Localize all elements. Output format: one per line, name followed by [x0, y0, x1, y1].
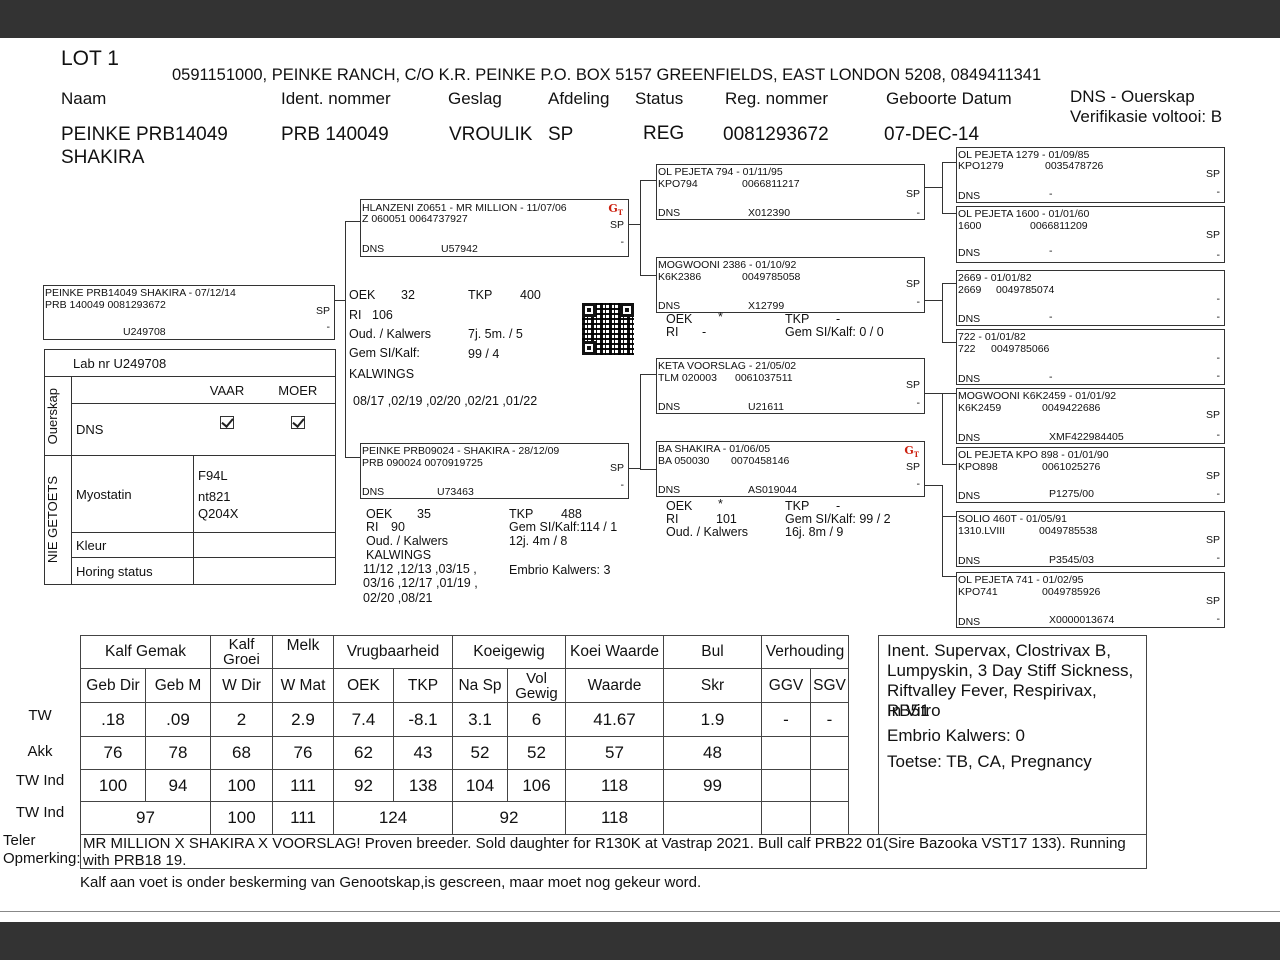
col-na-sp: Na Sp [453, 669, 508, 703]
connector [942, 485, 943, 577]
sire-dns-label: DNS [362, 243, 384, 255]
connector [924, 300, 942, 301]
lab-nr: Lab nr U249708 [45, 350, 336, 377]
nie-getoets-label: NIE GETOETS [45, 476, 60, 563]
connector [628, 224, 640, 225]
ggp-dns: X0000013674 [1049, 614, 1114, 626]
label-verifikasie: Verifikasie voltooi: B [1070, 107, 1222, 127]
ggp-id: 1310.LVIII [958, 525, 1005, 537]
dam-oek-label: OEK [366, 507, 392, 521]
group-kalf-gemak: Kalf Gemak [81, 636, 211, 669]
col-moer: MOER [261, 377, 336, 404]
label-afdeling: Afdeling [548, 89, 609, 109]
ggp-dash: - [1217, 552, 1221, 564]
sire-kalwings: 08/17 ,02/19 ,02/20 ,02/21 ,01/22 [353, 394, 537, 408]
pgd-oek: * [718, 310, 723, 324]
dam-kalwings-label: KALWINGS [366, 548, 431, 562]
great-grandparent-box[interactable]: SOLIO 460T - 01/05/91 1310.LVIII 0049785… [956, 511, 1225, 567]
table-row-tw-ind-group: 97 100 111 124 92 118 [81, 802, 849, 835]
connector [942, 576, 956, 577]
ggp-id: K6K2459 [958, 402, 1001, 414]
gp-title: BA SHAKIRA - 01/06/05 [658, 443, 770, 455]
animal-dash: - [327, 321, 331, 333]
ggp-afdeling: - [1217, 293, 1221, 305]
connector [640, 374, 641, 470]
gp-afdeling: SP [906, 461, 920, 473]
ebv-table: Kalf Gemak Kalf Groei Melk Vrugbaarheid … [80, 635, 849, 835]
row-label-tw-ind: TW Ind [0, 772, 80, 789]
gp-dns: U21611 [748, 401, 784, 413]
ggp-dns: - [1049, 245, 1053, 257]
col-waarde: Waarde [566, 669, 664, 703]
gp-id: TLM 020003 [658, 372, 717, 384]
connector [924, 485, 942, 486]
dns-label: DNS [72, 404, 194, 456]
ggp-dash: - [1217, 186, 1221, 198]
dam-ri: 90 [391, 520, 405, 534]
gp-id: K6K2386 [658, 271, 701, 283]
ggp-dns: XMF422984405 [1049, 431, 1124, 443]
kleur-label: Kleur [72, 533, 194, 558]
great-grandparent-box[interactable]: OL PEJETA 741 - 01/02/95 KPO741 00497859… [956, 572, 1225, 628]
connector [640, 374, 657, 375]
ggp-title: 722 - 01/01/82 [958, 331, 1026, 343]
connector [640, 180, 641, 276]
ggp-reg: 0049785074 [996, 284, 1054, 296]
label-geslag: Geslag [448, 89, 502, 109]
pgd-gem: Gem SI/Kalf: 0 / 0 [785, 325, 884, 339]
gp-title: KETA VOORSLAG - 21/05/02 [658, 360, 796, 372]
sire-id-line: Z 060051 0064737927 [362, 213, 468, 225]
footnote: Kalf aan voet is onder beskerming van Ge… [80, 874, 701, 891]
sire-gem-label: Gem SI/Kalf: [349, 346, 420, 360]
connector [942, 283, 943, 343]
sire-dash: - [621, 236, 625, 248]
connector [942, 393, 956, 394]
ouerskap-label: Ouerskap [45, 388, 60, 444]
teler-label: Teler [3, 832, 36, 849]
connector [640, 469, 657, 470]
lot-number: LOT 1 [61, 47, 119, 71]
table-row-tw-ind: 10094100111 92138104106 11899 [81, 770, 849, 802]
animal-box[interactable]: PEINKE PRB14049 SHAKIRA - 07/12/14 PRB 1… [43, 285, 335, 340]
ggp-reg: 0049785066 [991, 343, 1049, 355]
dam-dash: - [621, 479, 625, 491]
animal-id-line: PRB 140049 0081293672 [45, 299, 166, 311]
mgd-oud: 16j. 8m / 9 [785, 525, 843, 539]
ggp-title: OL PEJETA 1600 - 01/01/60 [958, 208, 1089, 220]
ggp-reg: 0049422686 [1042, 402, 1100, 414]
grandparent-box[interactable]: KETA VOORSLAG - 21/05/02 TLM 020003 0061… [656, 358, 925, 414]
notes-panel: Inent. Supervax, Clostrivax B, Lumpyskin… [878, 635, 1147, 835]
mgd-tkp: - [836, 499, 840, 513]
top-bar [0, 0, 1280, 38]
ggp-afdeling: SP [1206, 229, 1220, 241]
gt-logo-icon: GT [608, 202, 623, 217]
table-row-akk: 76786876 62435252 5748 [81, 737, 849, 770]
myostatin-f94l: F94L [198, 465, 331, 486]
sire-oud: 7j. 5m. / 5 [468, 327, 523, 341]
mgd-ri-label: RI [666, 512, 679, 526]
great-grandparent-box[interactable]: MOGWOONI K6K2459 - 01/01/92 K6K2459 0049… [956, 388, 1225, 444]
gp-dash: - [917, 397, 921, 409]
dam-kalwings-2: 03/16 ,12/17 ,01/19 , [363, 576, 478, 590]
connector [345, 221, 346, 458]
great-grandparent-box[interactable]: OL PEJETA 1279 - 01/09/85 KPO1279 003547… [956, 147, 1225, 203]
ggp-id: KPO1279 [958, 160, 1004, 172]
group-kalf-groei: Kalf Groei [211, 636, 273, 669]
mgd-oud-label: Oud. / Kalwers [666, 525, 748, 539]
label-dns-ouerskap: DNS - Ouerskap [1070, 87, 1195, 107]
col-w-dir: W Dir [211, 669, 273, 703]
col-tkp: TKP [394, 669, 453, 703]
dam-id-line: PRB 090024 0070919725 [362, 457, 483, 469]
group-vrugbaarheid: Vrugbaarheid [334, 636, 453, 669]
value-geslag: VROULIK [449, 124, 532, 146]
sire-kalwings-label: KALWINGS [349, 367, 414, 381]
connector [942, 162, 943, 214]
ggp-reg: 0061025276 [1042, 461, 1100, 473]
gp-title: OL PEJETA 794 - 01/11/95 [658, 166, 783, 178]
ggp-dash: - [1217, 429, 1221, 441]
label-reg: Reg. nommer [725, 89, 828, 109]
ggp-dash: - [1217, 488, 1221, 500]
ggp-dash: - [1217, 370, 1221, 382]
gp-dash: - [917, 207, 921, 219]
label-status: Status [635, 89, 683, 109]
ggp-id: 1600 [958, 220, 981, 232]
gp-reg: 0070458146 [731, 455, 789, 467]
ggp-reg: 0049785926 [1042, 586, 1100, 598]
gp-id: KPO794 [658, 178, 698, 190]
connector [942, 162, 956, 163]
dam-oud-label: Oud. / Kalwers [366, 534, 448, 548]
gp-afdeling: SP [906, 379, 920, 391]
dam-afdeling: SP [610, 462, 624, 474]
ggp-title: 2669 - 01/01/82 [958, 272, 1032, 284]
group-verhouding: Verhouding [762, 636, 849, 669]
mgd-oek: * [718, 497, 723, 511]
moer-checkbox[interactable] [291, 416, 305, 429]
sire-dns: U57942 [441, 243, 478, 255]
ggp-dns: P3545/03 [1049, 554, 1094, 566]
great-grandparent-box[interactable]: OL PEJETA 1600 - 01/01/60 1600 006681120… [956, 206, 1225, 263]
col-geb-dir: Geb Dir [81, 669, 146, 703]
great-grandparent-box[interactable]: OL PEJETA KPO 898 - 01/01/90 KPO898 0061… [956, 447, 1225, 503]
col-sgv: SGV [811, 669, 849, 703]
connector [345, 221, 361, 222]
row-label-tw: TW [0, 707, 80, 724]
grandparent-box[interactable]: MOGWOONI 2386 - 01/10/92 K6K2386 0049785… [656, 257, 925, 313]
row-label-tw-ind-group: TW Ind [0, 804, 80, 821]
horing-label: Horing status [72, 558, 194, 585]
animal-dns: U249708 [123, 326, 166, 338]
ggp-dns: - [1049, 371, 1053, 383]
embrio-kalwers: Embrio Kalwers: 0 [887, 726, 1138, 746]
dam-dns-label: DNS [362, 486, 384, 498]
dam-ri-label: RI [366, 520, 379, 534]
ggp-afdeling: SP [1206, 534, 1220, 546]
ggp-reg: 0066811209 [1030, 220, 1088, 232]
vaar-checkbox[interactable] [220, 416, 234, 429]
toetse: Toetse: TB, CA, Pregnancy [887, 752, 1138, 772]
column-header-row: Geb Dir Geb M W Dir W Mat OEK TKP Na Sp … [81, 669, 849, 703]
connector [942, 464, 956, 465]
pgd-oek-label: OEK [666, 312, 692, 326]
col-skr: Skr [664, 669, 762, 703]
animal-title: PEINKE PRB14049 SHAKIRA - 07/12/14 [45, 287, 236, 299]
animal-afdeling: SP [316, 305, 330, 317]
ggp-id: KPO898 [958, 461, 998, 473]
sire-tkp-label: TKP [468, 288, 492, 302]
mgd-tkp-label: TKP [785, 499, 809, 513]
row-label-akk: Akk [0, 743, 80, 760]
col-oek: OEK [334, 669, 394, 703]
dam-tkp: 488 [561, 507, 582, 521]
col-vol-gewig: Vol Gewig [508, 669, 566, 703]
value-status: REG [643, 123, 684, 145]
col-geb-m: Geb M [146, 669, 211, 703]
ggp-title: SOLIO 460T - 01/05/91 [958, 513, 1067, 525]
gp-title: MOGWOONI 2386 - 01/10/92 [658, 259, 796, 271]
gp-dash: - [917, 296, 921, 308]
in-vitro: In Vitro [887, 701, 1138, 721]
ggp-dash: - [1217, 311, 1221, 323]
col-vaar: VAAR [194, 377, 261, 404]
breeder-address: 0591151000, PEINKE RANCH, C/O K.R. PEINK… [172, 66, 1041, 85]
myostatin-q204x: Q204X [198, 503, 331, 524]
divider [0, 911, 1280, 912]
gp-reg: 0066811217 [742, 178, 800, 190]
sire-afdeling: SP [610, 219, 624, 231]
ggp-dns: - [1049, 311, 1053, 323]
pgd-ri-label: RI [666, 325, 679, 339]
ggp-id: 2669 [958, 284, 981, 296]
col-w-mat: W Mat [273, 669, 334, 703]
ggp-afdeling: SP [1206, 409, 1220, 421]
connector [924, 393, 942, 394]
ggp-title: OL PEJETA 741 - 01/02/95 [958, 574, 1084, 586]
dam-embrio: Embrio Kalwers: 3 [509, 563, 610, 577]
sire-box[interactable]: HLANZENI Z0651 - MR MILLION - 11/07/06 Z… [360, 199, 629, 257]
mgd-gem: Gem SI/Kalf: 99 / 2 [785, 512, 891, 526]
dam-box[interactable]: PEINKE PRB09024 - SHAKIRA - 28/12/09 PRB… [360, 443, 629, 499]
value-ident: PRB 140049 [281, 124, 389, 146]
value-reg: 0081293672 [723, 124, 829, 146]
ggp-afdeling: - [1217, 352, 1221, 364]
great-grandparent-box[interactable]: 2669 - 01/01/82 2669 0049785074 - - DNS … [956, 270, 1225, 326]
ggp-id: 722 [958, 343, 976, 355]
dam-dns: U73463 [437, 486, 474, 498]
sire-oud-label: Oud. / Kalwers [349, 327, 431, 341]
connector [942, 393, 943, 465]
dam-title: PEINKE PRB09024 - SHAKIRA - 28/12/09 [362, 445, 559, 457]
ggp-title: MOGWOONI K6K2459 - 01/01/92 [958, 390, 1116, 402]
gp-dns: X012390 [748, 207, 790, 219]
value-geboorte: 07-DEC-14 [884, 124, 979, 146]
ggp-dns: - [1049, 188, 1053, 200]
dam-oud: 12j. 4m / 8 [509, 534, 567, 548]
sire-tkp: 400 [520, 288, 541, 302]
group-melk: Melk [273, 636, 334, 669]
ggp-title: OL PEJETA KPO 898 - 01/01/90 [958, 449, 1109, 461]
gt-logo-icon: GT [904, 444, 919, 459]
ggp-dash: - [1217, 249, 1221, 261]
gp-afdeling: SP [906, 188, 920, 200]
connector [924, 187, 942, 188]
qr-code-icon [582, 303, 634, 355]
group-koeigewig: Koeigewig [453, 636, 566, 669]
dam-kalwings-1: 11/12 ,12/13 ,03/15 , [363, 562, 477, 576]
connector [942, 213, 956, 214]
dam-gem: Gem SI/Kalf:114 / 1 [509, 520, 617, 534]
col-ggv: GGV [762, 669, 811, 703]
grandparent-box[interactable]: OL PEJETA 794 - 01/11/95 KPO794 00668112… [656, 164, 925, 220]
sire-ri-label: RI [349, 308, 362, 322]
sire-oek-label: OEK [349, 288, 375, 302]
gp-id: BA 050030 [658, 455, 709, 467]
value-afdeling: SP [548, 124, 573, 146]
opmerking-text: MR MILLION X SHAKIRA X VOORSLAG! Proven … [80, 834, 1147, 869]
opmerking-label: Opmerking: [3, 850, 81, 867]
ggp-reg: 0035478726 [1045, 160, 1103, 172]
pgd-ri: - [702, 325, 706, 339]
group-bul: Bul [664, 636, 762, 669]
connector [640, 275, 657, 276]
connector [942, 283, 956, 284]
dam-kalwings-3: 02/20 ,08/21 [363, 591, 433, 605]
connector [628, 468, 640, 469]
pgd-tkp-label: TKP [785, 312, 809, 326]
grandparent-box[interactable]: BA SHAKIRA - 01/06/05 BA 050030 00704581… [656, 441, 925, 497]
ggp-id: KPO741 [958, 586, 998, 598]
ggp-dash: - [1217, 613, 1221, 625]
table-row-tw: .18.0922.9 7.4-8.13.16 41.671.9-- [81, 703, 849, 737]
sire-oek: 32 [401, 288, 415, 302]
sire-ri: 106 [372, 308, 393, 322]
label-ident: Ident. nommer [281, 89, 391, 109]
gp-dns: X12799 [748, 300, 784, 312]
gp-afdeling: SP [906, 278, 920, 290]
mgd-ri: 101 [716, 512, 737, 526]
ggp-reg: 0049785538 [1039, 525, 1097, 537]
myostatin-label: Myostatin [72, 456, 194, 533]
dam-tkp-label: TKP [509, 507, 533, 521]
connector [942, 342, 956, 343]
sire-gem: 99 / 4 [468, 347, 499, 361]
pgd-tkp: - [836, 312, 840, 326]
dna-panel: Lab nr U249708 Ouerskap VAAR MOER DNS NI… [44, 349, 336, 585]
bottom-bar [0, 922, 1280, 960]
gp-reg: 0061037511 [735, 372, 793, 384]
connector [942, 516, 956, 517]
value-naam: PEINKE PRB14049 [61, 124, 228, 146]
ggp-dns: P1275/00 [1049, 488, 1094, 500]
gp-dns: AS019044 [748, 484, 797, 496]
label-naam: Naam [61, 89, 106, 109]
ggp-afdeling: SP [1206, 470, 1220, 482]
connector [640, 180, 657, 181]
ggp-afdeling: SP [1206, 168, 1220, 180]
inent-text: Inent. Supervax, Clostrivax B, Lumpyskin… [887, 641, 1138, 701]
great-grandparent-box[interactable]: 722 - 01/01/82 722 0049785066 - - DNS - [956, 329, 1225, 385]
label-geboorte: Geboorte Datum [886, 89, 1012, 109]
value-naam-2: SHAKIRA [61, 147, 144, 169]
mgd-oek-label: OEK [666, 499, 692, 513]
dam-oek: 35 [417, 507, 431, 521]
connector [345, 457, 361, 458]
group-koei-waarde: Koei Waarde [566, 636, 664, 669]
gp-reg: 0049785058 [742, 271, 800, 283]
ggp-afdeling: SP [1206, 595, 1220, 607]
gp-dash: - [917, 478, 921, 490]
